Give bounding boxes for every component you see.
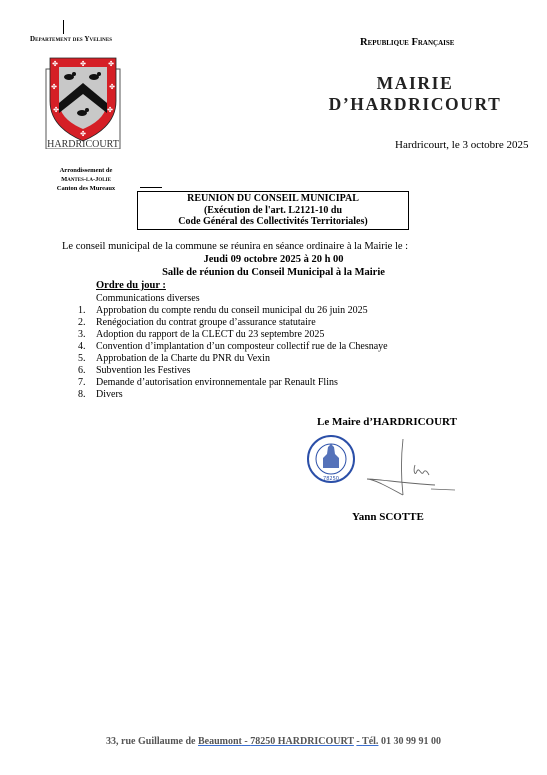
header-divider xyxy=(63,20,64,34)
svg-text:HARDRICOURT: HARDRICOURT xyxy=(47,139,119,149)
footer-street-prefix: 33, rue Guillaume de xyxy=(106,736,198,747)
footer-postal: 78250 HARDRICOURT xyxy=(250,736,354,747)
agenda-item-text: Adoption du rapport de la CLECT du 23 se… xyxy=(96,329,324,340)
agenda-intro: Communications diverses xyxy=(96,293,200,304)
agenda-item-number: 2. xyxy=(78,317,86,329)
svg-text:✤: ✤ xyxy=(109,83,115,91)
meeting-date: Jeudi 09 octobre 2025 à 20 h 00 xyxy=(0,254,547,265)
agenda-item-number: 4. xyxy=(78,341,86,353)
meeting-location: Salle de réunion du Conseil Municipal à … xyxy=(0,267,547,278)
agenda-item: 1.Approbation du compte rendu du conseil… xyxy=(78,305,388,317)
agenda-item-number: 1. xyxy=(78,305,86,317)
crest-icon: ✤✤✤ ✤✤ ✤✤ ✤ HARDRICOURT xyxy=(44,57,122,149)
svg-text:✤: ✤ xyxy=(51,83,57,91)
footer-separator: - xyxy=(242,736,250,747)
agenda-title: Ordre du jour : xyxy=(96,280,166,291)
intro-text: Le conseil municipal de la commune se ré… xyxy=(62,241,408,252)
republic-label: Republique Française xyxy=(360,37,454,48)
agenda-item: 3.Adoption du rapport de la CLECT du 23 … xyxy=(78,329,388,341)
svg-text:✤: ✤ xyxy=(80,130,86,138)
agenda-item-text: Renégociation du contrat groupe d’assura… xyxy=(96,317,316,328)
title-line-2: D’HARDRICOURT xyxy=(310,94,520,115)
agenda-item-text: Convention d’implantation d’un composteu… xyxy=(96,341,388,352)
agenda-item: 2.Renégociation du contrat groupe d’assu… xyxy=(78,317,388,329)
corner-mark xyxy=(140,187,162,188)
notice-box: REUNION DU CONSEIL MUNICIPAL (Exécution … xyxy=(137,191,409,230)
svg-text:✤: ✤ xyxy=(80,60,86,68)
footer-street-name: Beaumont xyxy=(198,736,242,747)
agenda-item: 5.Approbation de la Charte du PNR du Vex… xyxy=(78,353,388,365)
notice-line-2: (Exécution de l'art. L2121-10 du xyxy=(138,205,408,217)
stamp-icon: 78250 xyxy=(306,434,356,484)
agenda-item: 4.Convention d’implantation d’un compost… xyxy=(78,341,388,353)
signature-title: Le Maire d’HARDRICOURT xyxy=(317,416,457,428)
agenda-item-number: 8. xyxy=(78,389,86,401)
mairie-title: MAIRIE D’HARDRICOURT xyxy=(310,73,520,115)
arrondissement-block: Arrondissement de Mantes-la-Jolie Canton… xyxy=(30,166,142,193)
svg-text:✤: ✤ xyxy=(107,106,113,114)
footer-address: 33, rue Guillaume de Beaumont - 78250 HA… xyxy=(0,736,547,747)
agenda-item: 7.Demande d’autorisation environnemental… xyxy=(78,377,388,389)
notice-line-1: REUNION DU CONSEIL MUNICIPAL xyxy=(138,193,408,205)
agenda-item-text: Approbation du compte rendu du conseil m… xyxy=(96,305,368,316)
arrondissement-line: Mantes-la-Jolie xyxy=(30,175,142,184)
agenda-item-text: Divers xyxy=(96,389,123,400)
agenda-item-number: 5. xyxy=(78,353,86,365)
agenda-item-text: Approbation de la Charte du PNR du Vexin xyxy=(96,353,270,364)
mayor-name: Yann SCOTTE xyxy=(352,511,424,523)
svg-text:✤: ✤ xyxy=(52,60,58,68)
agenda-list: 1.Approbation du compte rendu du conseil… xyxy=(78,305,388,401)
arrondissement-line: Arrondissement de xyxy=(30,166,142,175)
agenda-item-text: Subvention les Festives xyxy=(96,365,190,376)
agenda-item-text: Demande d’autorisation environnementale … xyxy=(96,377,338,388)
footer-tel-label: Tél. xyxy=(362,736,378,747)
title-line-1: MAIRIE xyxy=(310,73,520,94)
date-line: Hardricourt, le 3 octobre 2025 xyxy=(395,139,528,151)
agenda-item-number: 6. xyxy=(78,365,86,377)
canton-line: Canton des Mureaux xyxy=(30,184,142,193)
svg-text:78250: 78250 xyxy=(323,476,339,482)
notice-line-3: Code Général des Collectivités Territori… xyxy=(138,216,408,228)
agenda-item: 8.Divers xyxy=(78,389,388,401)
department-label: Departement des Yvelines xyxy=(30,35,112,43)
svg-text:✤: ✤ xyxy=(108,60,114,68)
svg-text:✤: ✤ xyxy=(53,106,59,114)
signature-icon xyxy=(365,437,475,499)
agenda-item-number: 3. xyxy=(78,329,86,341)
agenda-item: 6.Subvention les Festives xyxy=(78,365,388,377)
agenda-item-number: 7. xyxy=(78,377,86,389)
footer-tel-number: 01 30 99 91 00 xyxy=(378,736,441,747)
